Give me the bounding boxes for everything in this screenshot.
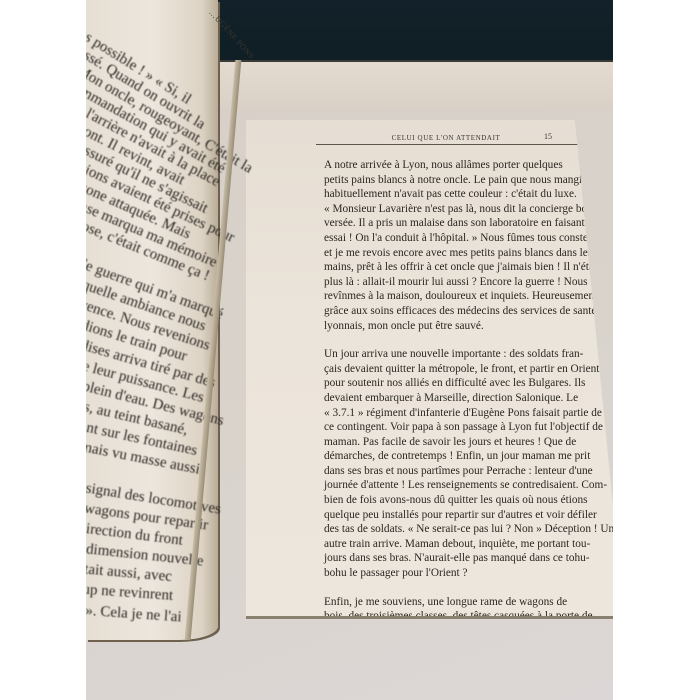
text-line: lyonnais, mon oncle put être sauvé. (308, 319, 613, 334)
text-line: bien de fois avons-nous dû quitter les q… (308, 493, 613, 508)
text-line: des tas de soldats. « Ne serait-ce pas l… (308, 522, 613, 537)
text-line: quelque peu installés pour repartir sur … (308, 508, 613, 523)
text-line: « Monsieur Lavarière n'est pas là, nous … (308, 202, 613, 217)
text-line: jours dans ses bras. N'aurait-elle pas m… (308, 551, 613, 566)
text-line: Un jour arriva une nouvelle importante :… (308, 347, 613, 362)
text-line: démarches, de contretemps ! Enfin, un jo… (308, 449, 613, 464)
text-line: et je me revois encore avec mes petits p… (308, 246, 613, 261)
left-page-text: …ait pas possible ! » « Si, il…mbrassé. … (86, 0, 286, 640)
text-line: maman. Pas facile de savoir les jours et… (308, 435, 613, 450)
text-line: ce contingent. Voir papa à son passage à… (308, 420, 613, 435)
page-body: A notre arrivée à Lyon, nous allâmes por… (308, 158, 613, 657)
running-head: CELUI QUE L'ON ATTENDAIT (316, 134, 576, 142)
text-line: versée. Il a pris un malaise dans son la… (308, 216, 613, 231)
page-number: 15 (544, 132, 552, 141)
page-bottom-edge (246, 616, 613, 619)
text-line: A notre arrivée à Lyon, nous allâmes por… (308, 158, 613, 173)
text-line: grâce aux soins efficaces des médecins d… (308, 304, 613, 319)
text-line: bohu le passager pour l'Orient ? (308, 566, 613, 581)
left-page-curled: …ait pas possible ! » « Si, il…mbrassé. … (86, 0, 218, 640)
text-line: dans ses bras et nous partîmes pour Perr… (308, 464, 613, 479)
paragraph-2: Un jour arriva une nouvelle importante :… (308, 347, 613, 581)
text-line: mains, prêt à les offrir à cet oncle que… (308, 260, 613, 275)
text-line: plus là : allait-il mourir lui aussi ? E… (308, 275, 613, 290)
text-line: petits pains blancs à notre oncle. Le pa… (308, 173, 613, 188)
text-line: autre train arrive. Maman debout, inquiè… (308, 537, 613, 552)
text-line: « 3.7.1 » régiment d'infanterie d'Eugène… (308, 406, 613, 421)
text-line: çais devaient quitter la métropole, le f… (308, 362, 613, 377)
paragraph-1: A notre arrivée à Lyon, nous allâmes por… (308, 158, 613, 333)
text-line: Enfin, je me souviens, une longue rame d… (308, 595, 613, 610)
text-line: habituellement n'avait pas cette couleur… (308, 187, 613, 202)
text-line: pour soutenir nos alliés en difficulté a… (308, 376, 613, 391)
text-line: revînmes à la maison, douloureux et inqu… (308, 289, 613, 304)
text-line: journée d'attente ! Les renseignements s… (308, 478, 613, 493)
text-line: devaient embarquer à Marseille, directio… (308, 391, 613, 406)
right-page: CELUI QUE L'ON ATTENDAIT 15 A notre arri… (246, 120, 613, 618)
text-line: essai ! On l'a conduit à l'hôpital. » No… (308, 231, 613, 246)
book-photo: CELUI QUE L'ON ATTENDAIT 15 A notre arri… (86, 0, 613, 700)
header-rule (316, 144, 586, 145)
